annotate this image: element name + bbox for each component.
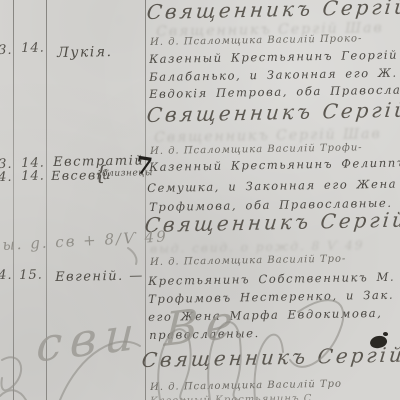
column-rule-1	[13, 0, 14, 400]
record-text-line: Семушка, и Законная его Жена	[147, 177, 397, 195]
child-name: Лукія.	[57, 44, 113, 61]
record-text-line: Крестьянинъ Собственникъ М.	[148, 270, 395, 288]
birth-day: 14.	[21, 41, 45, 56]
record-text-line: И. д. Псаломщика Василій Тро-	[150, 254, 346, 268]
priest-signature-2: Священникъ Сергій Шав	[146, 96, 400, 127]
record-text-line: Казенный Крестьянинъ Фелиппъ	[149, 156, 400, 174]
birth-day: 14.	[21, 169, 45, 184]
record-text-line: Казенный Крестьянинъ Георгій	[149, 48, 398, 66]
record-text-line: Балабанько, и Законная его Ж.	[149, 66, 398, 84]
entry-number-female: 3.	[0, 43, 13, 58]
entry-number-male: 4.	[0, 268, 13, 283]
birth-day: 15.	[19, 268, 43, 283]
record-text-line-cut: Казенный Крестьянинъ С	[150, 393, 312, 400]
pencil-annotation: ы. g. св + 8/Ѵ 49	[2, 227, 168, 254]
record-text-line: И. д. Псаломщика Василій Проко-	[150, 33, 363, 48]
record-text-line: И. д. Псаломщика Василій Трофи-	[150, 142, 363, 157]
entry-number-female: 4.	[0, 170, 13, 185]
register-page-scan: Священникъ Сергій Шав Священникъ Сергій …	[0, 0, 400, 400]
child-name: Евгеній. —	[55, 268, 144, 285]
record-text-line: И. д. Псаломщика Василій Тро	[150, 379, 342, 393]
ink-blot-speck	[383, 332, 388, 336]
